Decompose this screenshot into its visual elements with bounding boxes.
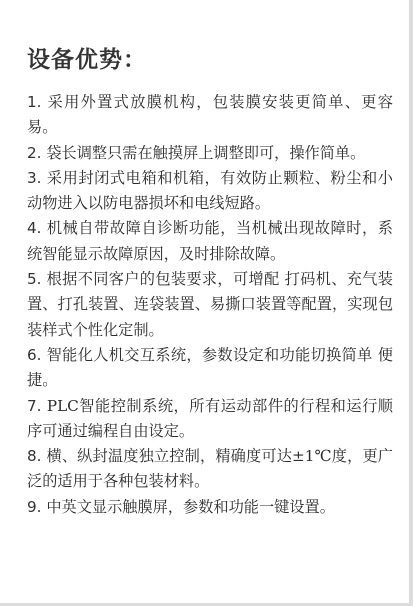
list-item: 4. 机械自带故障自诊断功能，当机械出现故障时，系统智能显示故障原因，及时排除故… (27, 216, 393, 267)
item-text: 袋长调整只需在触摸屏上调整即可，操作简单。 (42, 144, 366, 162)
item-text: PLC智能控制系统，所有运动部件的行程和运行顺序可通过编程自由设定。 (27, 397, 393, 440)
item-number: 6. (27, 346, 42, 364)
list-item: 8. 横、纵封温度独立控制，精确度可达±1℃度，更广泛的适用于各种包装材料。 (27, 444, 393, 495)
advantages-list: 1. 采用外置式放膜机构，包装膜安装更简单、更容易。 2. 袋长调整只需在触摸屏… (27, 90, 393, 520)
item-text: 横、纵封温度独立控制，精确度可达±1℃度，更广泛的适用于各种包装材料。 (27, 447, 393, 490)
list-item: 6. 智能化人机交互系统，参数设定和功能切换简单 便捷。 (27, 343, 393, 394)
section-heading: 设备优势： (27, 44, 147, 76)
list-item: 2. 袋长调整只需在触摸屏上调整即可，操作简单。 (27, 141, 393, 166)
item-number: 8. (27, 447, 42, 465)
item-text: 采用封闭式电箱和机箱，有效防止颗粒、粉尘和小动物进入以防电器损坏和电线短路。 (27, 169, 393, 212)
item-text: 机械自带故障自诊断功能，当机械出现故障时，系统智能显示故障原因，及时排除故障。 (27, 219, 393, 262)
item-text: 根据不同客户的包装要求，可增配 打码机、充气装置、打孔装置、连袋装置、易撕口装置… (27, 270, 393, 339)
list-item: 3. 采用封闭式电箱和机箱，有效防止颗粒、粉尘和小动物进入以防电器损坏和电线短路… (27, 166, 393, 217)
list-item: 7. PLC智能控制系统，所有运动部件的行程和运行顺序可通过编程自由设定。 (27, 394, 393, 445)
item-number: 1. (27, 93, 42, 111)
item-number: 3. (27, 169, 42, 187)
item-number: 2. (27, 144, 42, 162)
item-number: 4. (27, 219, 42, 237)
list-item: 9. 中英文显示触膜屏，参数和功能一键设置。 (27, 495, 393, 520)
item-text: 采用外置式放膜机构，包装膜安装更简单、更容易。 (27, 93, 393, 136)
item-number: 5. (27, 270, 42, 288)
item-number: 9. (27, 498, 42, 516)
item-text: 智能化人机交互系统，参数设定和功能切换简单 便捷。 (27, 346, 393, 389)
document-page: 设备优势： 1. 采用外置式放膜机构，包装膜安装更简单、更容易。 2. 袋长调整… (0, 0, 409, 603)
list-item: 1. 采用外置式放膜机构，包装膜安装更简单、更容易。 (27, 90, 393, 141)
item-number: 7. (27, 397, 42, 415)
list-item: 5. 根据不同客户的包装要求，可增配 打码机、充气装置、打孔装置、连袋装置、易撕… (27, 267, 393, 343)
item-text: 中英文显示触膜屏，参数和功能一键设置。 (42, 498, 335, 516)
